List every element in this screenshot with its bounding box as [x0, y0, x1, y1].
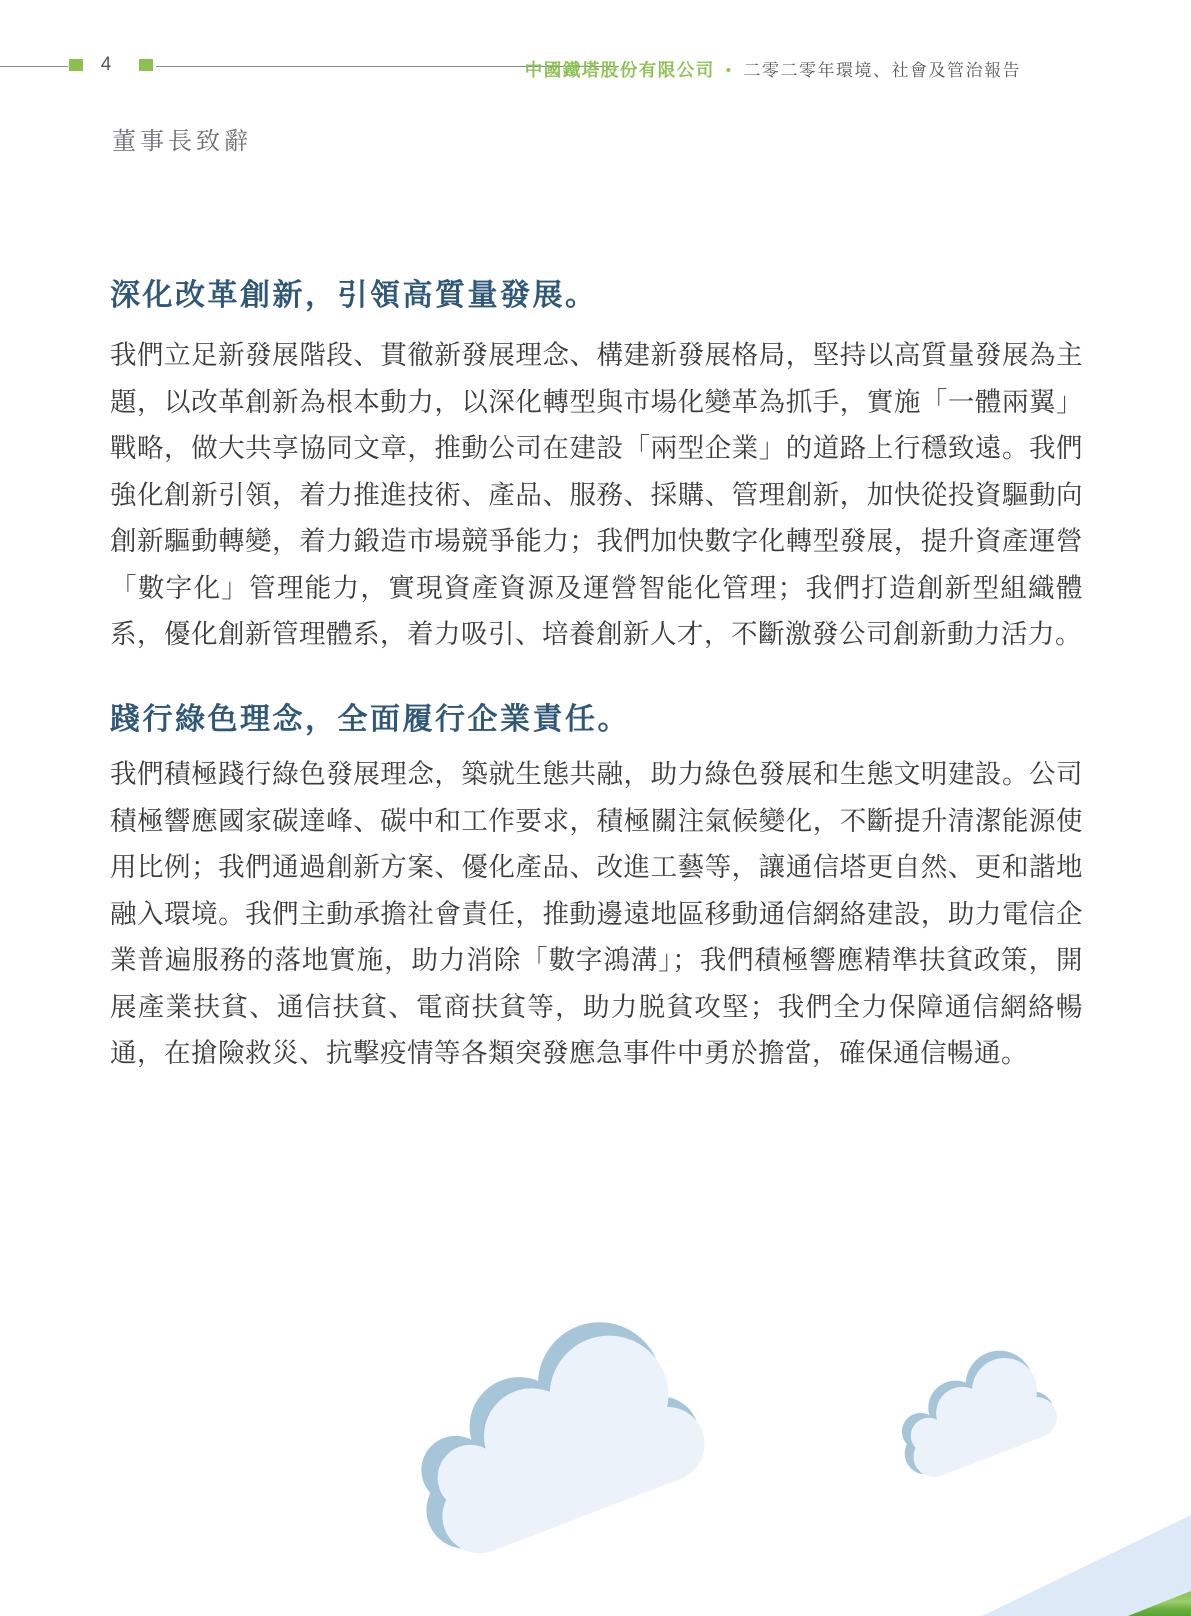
header-marker-square-icon — [139, 59, 153, 71]
page-number: 4 — [78, 54, 134, 76]
report-page: 4 中國鐵塔股份有限公司•二零二零年環境、社會及管治報告 董事長致辭 深化改革創… — [0, 0, 1191, 1616]
section-body-2: 我們積極踐行綠色發展理念，築就生態共融，助力綠色發展和生態文明建設。公司積極響應… — [110, 751, 1083, 1077]
corner-ribbon-blue — [982, 1515, 1191, 1616]
section-heading-1: 深化改革創新，引領高質量發展。 — [110, 270, 598, 314]
report-header: 中國鐵塔股份有限公司•二零二零年環境、社會及管治報告 — [525, 56, 1021, 82]
report-title: 二零二零年環境、社會及管治報告 — [744, 61, 1022, 80]
header-rule-left — [0, 66, 68, 67]
section-body-1: 我們立足新發展階段、貫徹新發展理念、構建新發展格局，堅持以高質量發展為主題，以改… — [110, 332, 1083, 658]
chapter-label: 董事長致辭 — [112, 121, 252, 156]
cloud-large-icon — [382, 1300, 716, 1564]
header-bullet-icon: • — [726, 62, 733, 79]
company-name: 中國鐵塔股份有限公司 — [525, 60, 715, 80]
cloud-small-icon — [880, 1338, 1063, 1483]
bottom-decoration — [0, 1300, 1191, 1616]
section-heading-2: 踐行綠色理念，全面履行企業責任。 — [110, 694, 630, 738]
